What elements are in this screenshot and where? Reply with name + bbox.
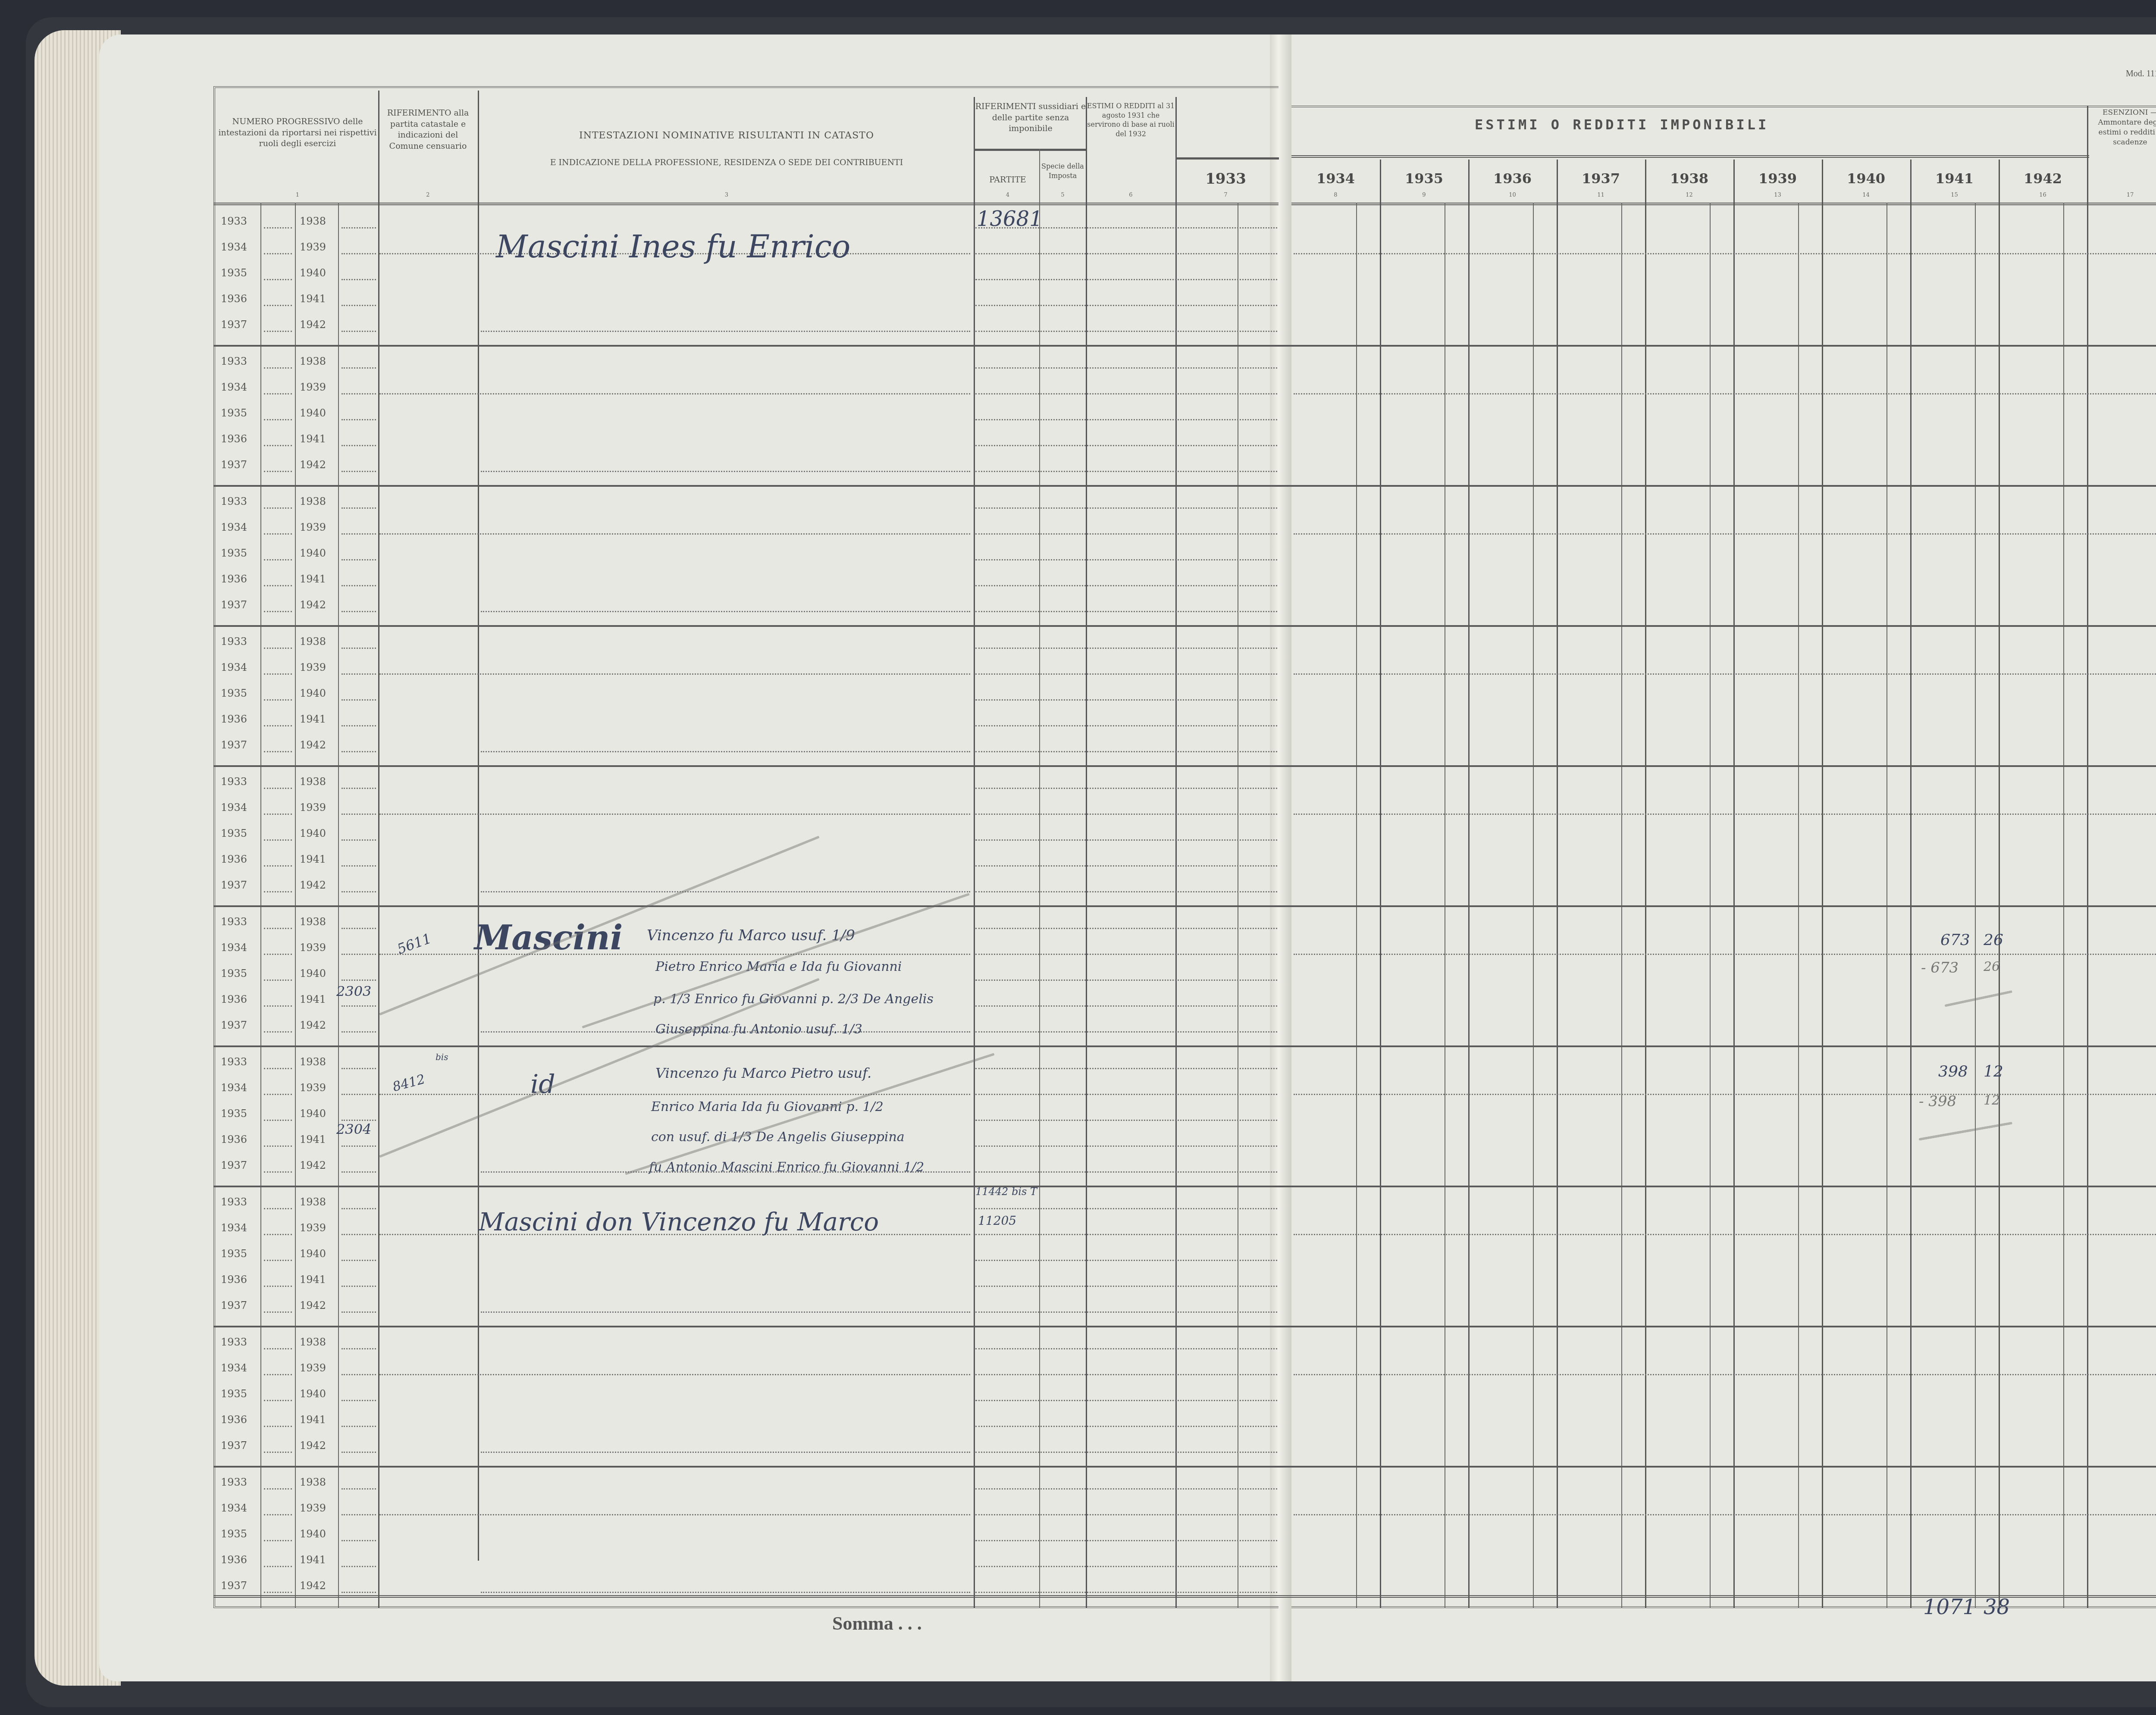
- col-number: 2: [379, 192, 476, 198]
- dotted-line: [342, 1400, 376, 1401]
- dotted-line: [342, 507, 376, 509]
- col-divider: [974, 97, 975, 1608]
- dotted-line: [264, 1068, 292, 1069]
- year-label: 1936: [221, 853, 247, 865]
- dotted-line: [975, 1120, 1277, 1121]
- col-divider: [1733, 160, 1735, 1608]
- col-number: 7: [1177, 192, 1274, 198]
- dotted-line: [342, 279, 376, 280]
- dotted-line: [975, 1094, 1277, 1095]
- dotted-line: [264, 279, 292, 280]
- dotted-line: [342, 865, 376, 867]
- header-year-1935: 1935: [1380, 170, 1468, 187]
- header-divider: [213, 203, 1279, 205]
- row-divider: [213, 485, 2156, 487]
- dotted-line: [264, 1005, 292, 1007]
- dotted-line: [481, 1452, 970, 1453]
- header-esenzioni: ESENZIONI — Ammontare degli estimi o red…: [2091, 108, 2156, 147]
- dotted-line: [264, 1311, 292, 1313]
- header-col3-title: INTESTAZIONI NOMINATIVE RISULTANTI IN CA…: [483, 129, 970, 142]
- year-label: 1937: [221, 459, 247, 471]
- year-label: 1942: [300, 739, 326, 751]
- dotted-line: [264, 367, 292, 369]
- dotted-line: [264, 1171, 292, 1173]
- dotted-line: [1294, 1094, 2156, 1095]
- year-label: 1939: [300, 801, 326, 814]
- year-label: 1935: [221, 547, 247, 559]
- dotted-line: [379, 814, 970, 815]
- header-year-1942: 1942: [1999, 170, 2087, 187]
- dotted-line: [975, 1426, 1277, 1427]
- entry-8-name: Mascini don Vincenzo fu Marco: [479, 1207, 879, 1236]
- dotted-line: [264, 928, 292, 929]
- dotted-line: [342, 585, 376, 586]
- dotted-line: [975, 1592, 1277, 1593]
- dotted-line: [975, 1540, 1277, 1541]
- dotted-line: [342, 1145, 376, 1147]
- dotted-line: [975, 331, 1277, 332]
- dotted-line: [264, 1452, 292, 1453]
- year-label: 1934: [221, 942, 247, 954]
- dotted-line: [342, 1068, 376, 1069]
- entry-7-line-3: con usuf. di 1/3 De Angelis Giuseppina: [651, 1130, 905, 1145]
- row-divider: [213, 625, 2156, 627]
- col-number: 9: [1380, 192, 1468, 198]
- dotted-line: [342, 725, 376, 726]
- col-divider: [378, 91, 379, 1608]
- dotted-line: [342, 227, 376, 228]
- year-label: 1937: [221, 879, 247, 891]
- dotted-line: [342, 648, 376, 649]
- dotted-line: [264, 891, 292, 892]
- row-divider: [213, 1326, 2156, 1327]
- dotted-line: [379, 533, 970, 535]
- dotted-line: [264, 393, 292, 394]
- dotted-line: [975, 471, 1277, 472]
- dotted-line: [481, 331, 970, 332]
- entry-6-riferimento-sub: 2303: [336, 983, 371, 999]
- dotted-line: [264, 419, 292, 420]
- dotted-line: [264, 1426, 292, 1427]
- year-label: 1935: [221, 827, 247, 839]
- entry-7-1941-neg: - 398: [1919, 1093, 1956, 1110]
- dotted-line: [264, 331, 292, 332]
- year-label: 1933: [221, 215, 247, 227]
- year-label: 1941: [300, 433, 326, 445]
- dotted-line: [975, 253, 1277, 254]
- entry-1-name: Mascini Ines fu Enrico: [496, 228, 850, 265]
- dotted-line: [379, 393, 970, 394]
- dotted-line: [975, 1208, 1277, 1209]
- dotted-line: [342, 1234, 376, 1235]
- year-label: 1940: [300, 827, 326, 839]
- year-label: 1933: [221, 1196, 247, 1208]
- dotted-line: [342, 980, 376, 981]
- year-label: 1940: [300, 1248, 326, 1260]
- left-register-table: [213, 86, 1279, 1608]
- dotted-line: [342, 305, 376, 306]
- row-divider: [213, 1186, 2156, 1187]
- year-label: 1933: [221, 776, 247, 788]
- dotted-line: [342, 1374, 376, 1375]
- dotted-line: [481, 751, 970, 752]
- dotted-line: [481, 891, 970, 892]
- dotted-line: [264, 1514, 292, 1515]
- dotted-line: [264, 611, 292, 612]
- row-divider: [213, 905, 2156, 907]
- year-label: 1938: [300, 776, 326, 788]
- year-label: 1940: [300, 1388, 326, 1400]
- header-year-1933: 1933: [1177, 170, 1274, 188]
- year-label: 1934: [221, 1502, 247, 1514]
- header-partite: PARTITE: [975, 175, 1040, 186]
- header-year-1941: 1941: [1910, 170, 1999, 187]
- year-label: 1933: [221, 1056, 247, 1068]
- dotted-line: [1294, 533, 2156, 535]
- dotted-line: [342, 751, 376, 752]
- col-number: 4: [975, 192, 1040, 198]
- dotted-line: [264, 954, 292, 955]
- dotted-line: [264, 648, 292, 649]
- year-label: 1942: [300, 1019, 326, 1031]
- dotted-line: [1294, 1234, 2156, 1235]
- dotted-line: [264, 1094, 292, 1095]
- dotted-line: [264, 788, 292, 789]
- dotted-line: [975, 725, 1277, 726]
- year-label: 1935: [221, 1248, 247, 1260]
- dotted-line: [342, 1208, 376, 1209]
- entry-6-1941-neg: - 673: [1921, 959, 1959, 976]
- entry-7-1941-cents: 12: [1984, 1063, 2003, 1080]
- dotted-line: [975, 1234, 1277, 1235]
- year-label: 1934: [221, 1222, 247, 1234]
- dotted-line: [342, 471, 376, 472]
- dotted-line: [264, 1540, 292, 1541]
- entry-6-line-2: Pietro Enrico Maria e Ida fu Giovanni: [655, 959, 902, 974]
- year-label: 1941: [300, 573, 326, 585]
- dotted-line: [264, 1234, 292, 1235]
- subheader-divider: [1175, 157, 1279, 160]
- dotted-line: [264, 1208, 292, 1209]
- dotted-line: [975, 891, 1277, 892]
- col-number: 16: [1999, 192, 2087, 198]
- header-year-1937: 1937: [1557, 170, 1645, 187]
- year-label: 1933: [221, 355, 247, 367]
- year-label: 1942: [300, 599, 326, 611]
- col-number: 17: [2091, 192, 2156, 198]
- year-label: 1941: [300, 853, 326, 865]
- header-col6: ESTIMI O REDDITI al 31 agosto 1931 che s…: [1087, 101, 1175, 138]
- year-label: 1940: [300, 1108, 326, 1120]
- dotted-line: [975, 1400, 1277, 1401]
- dotted-line: [264, 1120, 292, 1121]
- dotted-line: [379, 673, 970, 675]
- col-divider: [1175, 97, 1177, 1608]
- dotted-line: [481, 471, 970, 472]
- dotted-line: [264, 305, 292, 306]
- year-label: 1936: [221, 293, 247, 305]
- year-label: 1939: [300, 661, 326, 673]
- entry-7-line-4: fu Antonio Mascini Enrico fu Giovanni 1/…: [649, 1160, 924, 1175]
- col-number: 8: [1291, 192, 1380, 198]
- dotted-line: [342, 1171, 376, 1173]
- year-label: 1937: [221, 319, 247, 331]
- subheader-divider: [1291, 155, 2089, 158]
- entry-7-1941-value: 398: [1938, 1063, 1968, 1080]
- col-divider: [1910, 160, 1912, 1608]
- entry-7-1941-neg-cents: 12: [1984, 1093, 2000, 1108]
- entry-6-1941-value: 673: [1940, 931, 1970, 949]
- dotted-line: [481, 611, 970, 612]
- year-label: 1940: [300, 967, 326, 980]
- row-divider: [213, 1045, 2156, 1047]
- dotted-line: [342, 1592, 376, 1593]
- dotted-line: [342, 891, 376, 892]
- dotted-line: [975, 1514, 1277, 1515]
- year-label: 1934: [221, 381, 247, 393]
- col-divider: [1086, 97, 1087, 1608]
- year-label: 1934: [221, 241, 247, 253]
- dotted-line: [342, 839, 376, 841]
- dotted-line: [379, 954, 970, 955]
- dotted-line: [975, 585, 1277, 586]
- year-label: 1936: [221, 1274, 247, 1286]
- dotted-line: [264, 1145, 292, 1147]
- dotted-line: [975, 648, 1277, 649]
- dotted-line: [975, 928, 1277, 929]
- year-label: 1938: [300, 1196, 326, 1208]
- col-divider: [1557, 160, 1558, 1608]
- dotted-line: [342, 533, 376, 535]
- dotted-line: [975, 305, 1277, 306]
- dotted-line: [264, 445, 292, 446]
- dotted-line: [264, 839, 292, 841]
- dotted-line: [975, 1068, 1277, 1069]
- dotted-line: [975, 1145, 1277, 1147]
- year-label: 1936: [221, 573, 247, 585]
- dotted-line: [1294, 1514, 2156, 1515]
- dotted-line: [264, 1566, 292, 1567]
- year-label: 1934: [221, 521, 247, 533]
- year-label: 1936: [221, 713, 247, 725]
- year-label: 1941: [300, 1274, 326, 1286]
- dotted-line: [342, 1566, 376, 1567]
- dotted-line: [1294, 1374, 2156, 1375]
- dotted-line: [342, 1286, 376, 1287]
- dotted-line: [342, 393, 376, 394]
- dotted-line: [1294, 673, 2156, 675]
- year-label: 1937: [221, 1019, 247, 1031]
- year-label: 1941: [300, 993, 326, 1005]
- dotted-line: [481, 1311, 970, 1313]
- dotted-line: [975, 865, 1277, 867]
- dotted-line: [975, 533, 1277, 535]
- dotted-line: [264, 751, 292, 752]
- year-label: 1938: [300, 916, 326, 928]
- dotted-line: [975, 1311, 1277, 1313]
- dotted-line: [975, 814, 1277, 815]
- year-label: 1933: [221, 1336, 247, 1348]
- entry-7-riferimento-sub: 2304: [336, 1121, 371, 1137]
- year-label: 1938: [300, 215, 326, 227]
- dotted-line: [1294, 393, 2156, 394]
- year-label: 1938: [300, 1056, 326, 1068]
- dotted-line: [342, 1426, 376, 1427]
- year-label: 1939: [300, 521, 326, 533]
- col-number: 10: [1468, 192, 1557, 198]
- dotted-line: [264, 533, 292, 535]
- year-label: 1941: [300, 1554, 326, 1566]
- year-label: 1935: [221, 407, 247, 419]
- dotted-line: [379, 1514, 970, 1515]
- year-label: 1933: [221, 635, 247, 648]
- dotted-line: [264, 1488, 292, 1490]
- dotted-line: [342, 1488, 376, 1490]
- header-specie: Specie della Imposta: [1040, 162, 1085, 180]
- dotted-line: [342, 445, 376, 446]
- year-label: 1942: [300, 459, 326, 471]
- dotted-line: [264, 814, 292, 815]
- year-label: 1940: [300, 1528, 326, 1540]
- year-label: 1933: [221, 495, 247, 507]
- dotted-line: [975, 1260, 1277, 1261]
- entry-8-partite-2: 11205: [978, 1214, 1016, 1228]
- dotted-line: [975, 559, 1277, 560]
- year-label: 1935: [221, 1108, 247, 1120]
- year-label: 1942: [300, 319, 326, 331]
- header-year-1938: 1938: [1645, 170, 1733, 187]
- header-divider: [1291, 203, 2156, 205]
- dotted-line: [975, 1005, 1277, 1007]
- dotted-line: [342, 559, 376, 560]
- dotted-line: [264, 865, 292, 867]
- year-label: 1935: [221, 967, 247, 980]
- dotted-line: [975, 1286, 1277, 1287]
- header-riferimenti: RIFERIMENTI sussidiari e delle partite s…: [975, 101, 1087, 135]
- year-label: 1938: [300, 1476, 326, 1488]
- col-divider: [1645, 160, 1646, 1608]
- year-label: 1934: [221, 1362, 247, 1374]
- dotted-line: [342, 1031, 376, 1033]
- subheader-divider: [974, 149, 1087, 151]
- dotted-line: [264, 1031, 292, 1033]
- year-label: 1939: [300, 1502, 326, 1514]
- year-label: 1942: [300, 1580, 326, 1592]
- dotted-line: [342, 1514, 376, 1515]
- dotted-line: [342, 788, 376, 789]
- dotted-line: [975, 507, 1277, 509]
- row-divider: [213, 765, 2156, 767]
- year-label: 1941: [300, 1414, 326, 1426]
- header-estimi-title: ESTIMI O REDDITI IMPONIBILI: [1475, 116, 1769, 133]
- entry-6-line-1: Vincenzo fu Marco usuf. 1/9: [647, 927, 855, 944]
- dotted-line: [342, 419, 376, 420]
- col-number: 11: [1557, 192, 1645, 198]
- dotted-line: [342, 1260, 376, 1261]
- dotted-line: [975, 673, 1277, 675]
- entry-6-1941-neg-cents: 26: [1984, 959, 2000, 974]
- year-label: 1936: [221, 433, 247, 445]
- year-label: 1934: [221, 661, 247, 673]
- dotted-line: [975, 954, 1277, 955]
- dotted-line: [264, 1400, 292, 1401]
- year-label: 1935: [221, 1388, 247, 1400]
- year-label: 1942: [300, 1440, 326, 1452]
- dotted-line: [264, 1348, 292, 1349]
- year-label: 1934: [221, 801, 247, 814]
- year-label: 1937: [221, 1299, 247, 1311]
- dotted-line: [1294, 954, 2156, 955]
- year-label: 1939: [300, 241, 326, 253]
- year-label: 1933: [221, 916, 247, 928]
- year-label: 1935: [221, 267, 247, 279]
- dotted-line: [264, 1286, 292, 1287]
- somma-1941-cents: 38: [1984, 1595, 2010, 1619]
- dotted-line: [264, 673, 292, 675]
- year-label: 1937: [221, 599, 247, 611]
- year-label: 1938: [300, 1336, 326, 1348]
- col-number: 1: [218, 192, 377, 198]
- form-label: Mod. 111 - Imposte Dirette (Intercalare)…: [2126, 69, 2156, 79]
- entry-6-line-3: p. 1/3 Enrico fu Giovanni p. 2/3 De Ange…: [653, 992, 934, 1007]
- dotted-line: [342, 253, 376, 254]
- col-divider: [1999, 160, 2000, 1608]
- dotted-line: [264, 1592, 292, 1593]
- dotted-line: [342, 673, 376, 675]
- dotted-line: [342, 331, 376, 332]
- dotted-line: [342, 611, 376, 612]
- dotted-line: [975, 445, 1277, 446]
- col-divider: [478, 91, 479, 1561]
- right-register-table: [1291, 106, 2156, 1608]
- dotted-line: [1294, 253, 2156, 254]
- year-label: 1934: [221, 1082, 247, 1094]
- year-label: 1936: [221, 1554, 247, 1566]
- header-year-1939: 1939: [1733, 170, 1822, 187]
- dotted-line: [342, 699, 376, 701]
- dotted-line: [975, 1452, 1277, 1453]
- dotted-line: [342, 1452, 376, 1453]
- dotted-line: [975, 393, 1277, 394]
- dotted-line: [975, 611, 1277, 612]
- dotted-line: [264, 471, 292, 472]
- year-label: 1941: [300, 713, 326, 725]
- col-divider: [2087, 106, 2088, 1608]
- year-label: 1933: [221, 1476, 247, 1488]
- dotted-line: [264, 1374, 292, 1375]
- year-label: 1939: [300, 1222, 326, 1234]
- col-divider: [1468, 160, 1470, 1608]
- dotted-line: [264, 980, 292, 981]
- dotted-line: [975, 1031, 1277, 1033]
- year-label: 1942: [300, 1159, 326, 1171]
- year-label: 1940: [300, 547, 326, 559]
- dotted-line: [975, 1348, 1277, 1349]
- dotted-line: [342, 1540, 376, 1541]
- dotted-line: [975, 419, 1277, 420]
- year-label: 1936: [221, 993, 247, 1005]
- year-label: 1938: [300, 355, 326, 367]
- year-label: 1940: [300, 267, 326, 279]
- somma-1941-value: 1071: [1923, 1595, 1976, 1619]
- dotted-line: [342, 367, 376, 369]
- year-label: 1942: [300, 879, 326, 891]
- col-number: 12: [1645, 192, 1733, 198]
- dotted-line: [342, 1311, 376, 1313]
- dotted-line: [975, 1566, 1277, 1567]
- dotted-line: [379, 1094, 970, 1095]
- dotted-line: [264, 559, 292, 560]
